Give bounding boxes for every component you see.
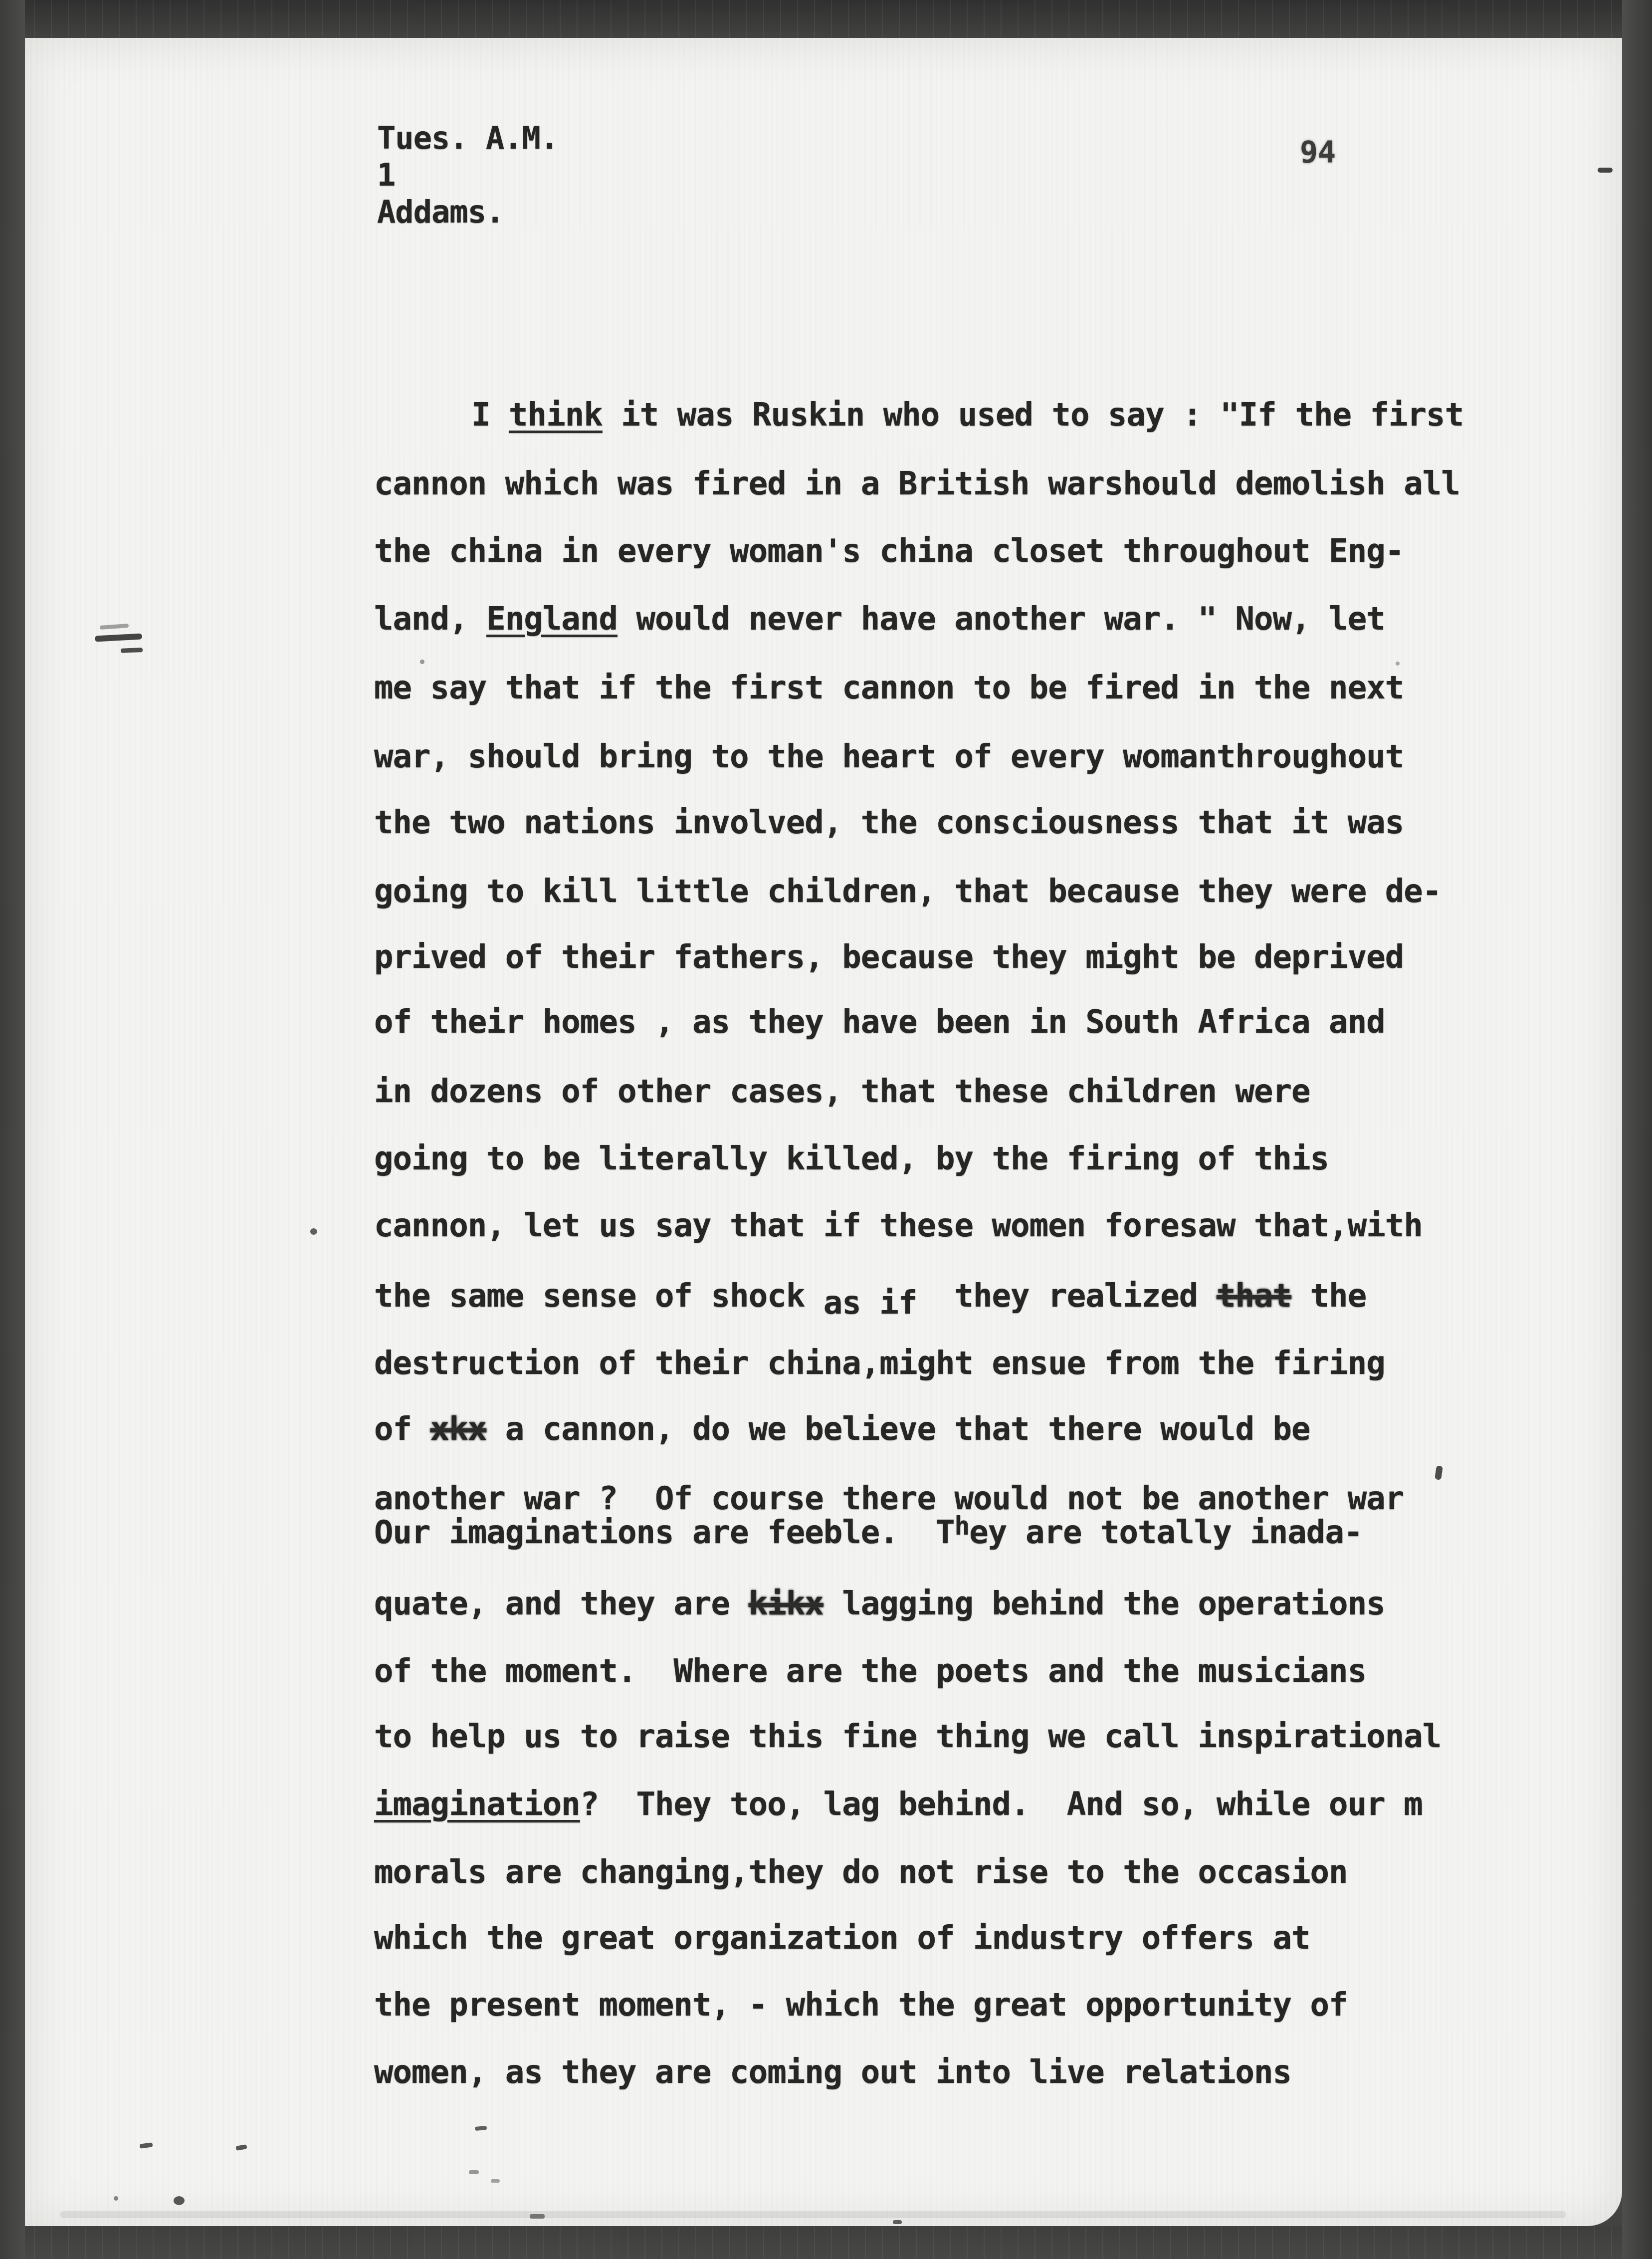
typed-segment: a cannon, do we believe that there would… bbox=[486, 1411, 1310, 1448]
typed-segment-sup: h bbox=[954, 1511, 969, 1541]
typed-line: to help us to raise this fine thing we c… bbox=[374, 1721, 1441, 1753]
typed-segment: of their homes , as they have been in So… bbox=[374, 1004, 1385, 1041]
typed-segment: land, bbox=[374, 601, 486, 638]
typed-line: quate, and they are kikx lagging behind … bbox=[374, 1588, 1385, 1620]
header-author: Addams. bbox=[377, 197, 504, 227]
typed-segment: lagging behind the operations bbox=[824, 1585, 1385, 1622]
typed-segment: the two nations involved, the consciousn… bbox=[374, 804, 1404, 841]
typed-segment: quate, and they are bbox=[374, 1585, 749, 1622]
bottom-speck-dark bbox=[893, 2220, 902, 2224]
typed-segment: the present moment, - which the great op… bbox=[374, 1987, 1348, 2024]
page-number: 94 bbox=[1300, 138, 1336, 168]
speck-6 bbox=[469, 2170, 479, 2174]
typed-line: land, England would never have another w… bbox=[374, 603, 1385, 635]
speck-7 bbox=[491, 2179, 500, 2183]
header-page-seq: 1 bbox=[377, 160, 395, 191]
typed-line: another war ? Of course there would not … bbox=[374, 1483, 1404, 1515]
typed-segment: which the great organization of industry… bbox=[374, 1920, 1310, 1957]
typed-line: going to be literally killed, by the fir… bbox=[374, 1143, 1329, 1175]
typed-segment: would never have another war. " Now, let bbox=[618, 601, 1385, 638]
typed-segment: going to be literally killed, by the fir… bbox=[374, 1140, 1329, 1177]
typed-segment-under: think bbox=[509, 397, 603, 434]
header-day-line: Tues. A.M. bbox=[377, 123, 558, 154]
typed-segment: in dozens of other cases, that these chi… bbox=[374, 1073, 1310, 1110]
typed-segment: it was Ruskin who used to say : "If the … bbox=[603, 397, 1463, 434]
typed-line: women, as they are coming out into live … bbox=[374, 2056, 1291, 2088]
scanned-document: { "page": { "header": { "line1": "Tues. … bbox=[0, 0, 1652, 2259]
typed-segment: Our imaginations are feeble. T bbox=[374, 1514, 954, 1551]
typed-line: the present moment, - which the great op… bbox=[374, 1989, 1348, 2021]
right-margin-dash bbox=[1598, 168, 1613, 173]
faint-dot-2 bbox=[1396, 662, 1400, 666]
typed-segment: going to kill little children, that beca… bbox=[374, 873, 1441, 910]
typed-segment-low: as if bbox=[824, 1285, 917, 1322]
bottom-smudge-band bbox=[60, 2211, 1566, 2218]
typed-line: the china in every woman's china closet … bbox=[374, 535, 1404, 567]
typed-line: the same sense of shock as if they reali… bbox=[374, 1280, 1366, 1312]
typed-segment: me say that if the first cannon to be fi… bbox=[374, 670, 1404, 706]
typed-line: Our imaginations are feeble. They are to… bbox=[374, 1517, 1362, 1549]
typed-line: me say that if the first cannon to be fi… bbox=[374, 672, 1404, 704]
typed-line: of the moment. Where are the poets and t… bbox=[374, 1655, 1366, 1687]
typed-segment: another war ? Of course there would not … bbox=[374, 1480, 1404, 1517]
typed-line: destruction of their china,might ensue f… bbox=[374, 1348, 1385, 1379]
typed-line: of their homes , as they have been in So… bbox=[374, 1006, 1385, 1038]
typed-segment: the china in every woman's china closet … bbox=[374, 533, 1404, 570]
film-border-left bbox=[0, 0, 25, 2259]
film-border-top bbox=[0, 0, 1652, 38]
speck-4 bbox=[114, 2196, 118, 2201]
typed-line: morals are changing,they do not rise to … bbox=[374, 1856, 1348, 1888]
typed-line: cannon, let us say that if these women f… bbox=[374, 1210, 1423, 1242]
typed-segment-strike: xkx bbox=[430, 1411, 487, 1448]
typed-line: going to kill little children, that beca… bbox=[374, 876, 1441, 907]
typed-segment: cannon which was fired in a British wars… bbox=[374, 465, 1460, 502]
film-border-right bbox=[1622, 0, 1652, 2259]
typed-segment: I bbox=[471, 397, 509, 434]
typed-segment: the same sense of shock bbox=[374, 1278, 824, 1315]
typed-line: of xkx a cannon, do we believe that ther… bbox=[374, 1413, 1310, 1445]
typed-line: the two nations involved, the consciousn… bbox=[374, 807, 1404, 839]
typed-segment: they realized bbox=[917, 1278, 1217, 1315]
typed-line: in dozens of other cases, that these chi… bbox=[374, 1076, 1310, 1108]
typed-segment: war, should bring to the heart of every … bbox=[374, 738, 1404, 775]
typed-segment: women, as they are coming out into live … bbox=[374, 2054, 1291, 2091]
margin-dash-small bbox=[121, 648, 143, 653]
typed-segment: prived of their fathers, because they mi… bbox=[374, 939, 1404, 976]
typed-line: imagination? They too, lag behind. And s… bbox=[374, 1789, 1423, 1820]
typed-segment-under: imagination bbox=[374, 1786, 580, 1823]
typed-segment: ? They too, lag behind. And so, while ou… bbox=[580, 1786, 1423, 1823]
typed-line: cannon which was fired in a British wars… bbox=[374, 468, 1460, 500]
margin-dot bbox=[310, 1228, 317, 1235]
speck-3 bbox=[174, 2196, 185, 2205]
typed-segment: the bbox=[1291, 1278, 1366, 1315]
faint-dot-1 bbox=[420, 660, 424, 664]
typed-segment: cannon, let us say that if these women f… bbox=[374, 1207, 1423, 1244]
typed-segment: of bbox=[374, 1411, 430, 1448]
film-border-bottom bbox=[0, 2226, 1652, 2259]
typed-segment-strike: kikx bbox=[749, 1585, 824, 1622]
typed-line: I think it was Ruskin who used to say : … bbox=[471, 399, 1463, 431]
page-sheet bbox=[25, 38, 1622, 2226]
typed-segment: morals are changing,they do not rise to … bbox=[374, 1854, 1348, 1891]
typed-line: prived of their fathers, because they mi… bbox=[374, 941, 1404, 973]
typed-line: war, should bring to the heart of every … bbox=[374, 741, 1404, 773]
typed-segment: destruction of their china,might ensue f… bbox=[374, 1345, 1385, 1382]
typed-segment: to help us to raise this fine thing we c… bbox=[374, 1718, 1441, 1755]
typed-line: which the great organization of industry… bbox=[374, 1922, 1310, 1954]
typed-segment-under: England bbox=[486, 601, 618, 638]
typed-segment-strike: that bbox=[1217, 1278, 1291, 1315]
typed-segment: of the moment. Where are the poets and t… bbox=[374, 1653, 1366, 1690]
typed-segment: ey are totally inada- bbox=[969, 1514, 1362, 1551]
